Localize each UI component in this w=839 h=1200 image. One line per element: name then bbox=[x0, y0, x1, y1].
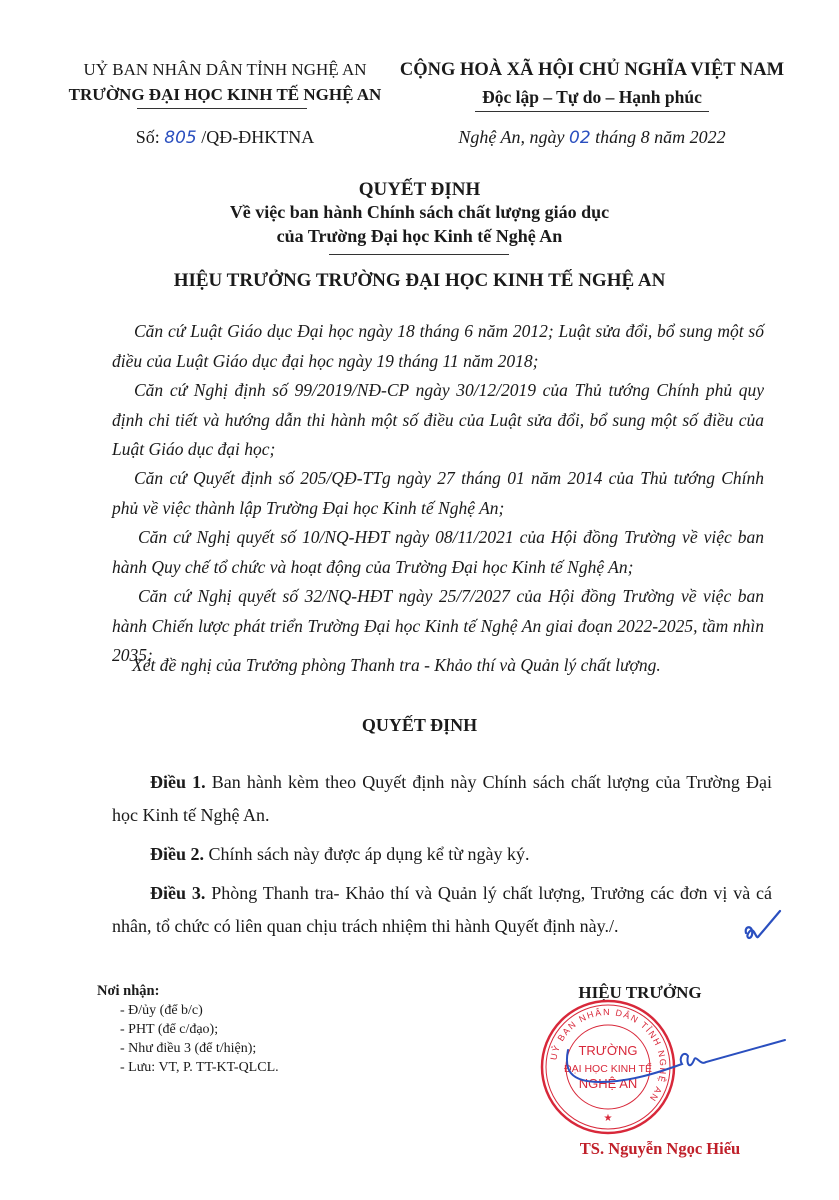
recipient-item: - Như điều 3 (để t/hiện); bbox=[120, 1041, 256, 1057]
signing-authority-heading: HIỆU TRƯỞNG TRƯỜNG ĐẠI HỌC KINH TẾ NGHỆ … bbox=[0, 270, 839, 292]
article-2-text: Chính sách này được áp dụng kể từ ngày k… bbox=[209, 844, 530, 864]
signer-name: TS. Nguyễn Ngọc Hiếu bbox=[540, 1139, 780, 1159]
legal-basis-2: Căn cứ Nghị định số 99/2019/NĐ-CP ngày 3… bbox=[112, 376, 764, 465]
article-1: Điều 1. Ban hành kèm theo Quyết định này… bbox=[112, 766, 772, 832]
doc-number-suffix: /QĐ-ĐHKTNA bbox=[201, 127, 314, 147]
recipients-title: Nơi nhận: bbox=[97, 983, 159, 1000]
document-date: Nghệ An, ngày 02 tháng 8 năm 2022 bbox=[392, 127, 792, 148]
national-motto: Độc lập – Tự do – Hạnh phúc bbox=[392, 87, 792, 108]
motto-underline bbox=[475, 111, 709, 112]
subject-underline bbox=[329, 254, 509, 255]
article-1-label: Điều 1. bbox=[150, 772, 206, 792]
article-3: Điều 3. Phòng Thanh tra- Khảo thí và Quả… bbox=[112, 877, 772, 943]
document-subject-line-1: Về việc ban hành Chính sách chất lượng g… bbox=[0, 202, 839, 223]
article-2: Điều 2. Chính sách này được áp dụng kể t… bbox=[112, 838, 772, 871]
doc-number-prefix: Số: bbox=[136, 127, 160, 147]
article-3-text: Phòng Thanh tra- Khảo thí và Quản lý chấ… bbox=[112, 883, 772, 936]
date-prefix: Nghệ An, ngày bbox=[458, 127, 564, 147]
authority-underline bbox=[137, 108, 307, 109]
date-day-handwritten: 02 bbox=[569, 128, 591, 148]
document-subject-line-2: của Trường Đại học Kinh tế Nghệ An bbox=[0, 226, 839, 247]
article-1-text: Ban hành kèm theo Quyết định này Chính s… bbox=[112, 772, 772, 825]
seal-star-icon: ★ bbox=[604, 1113, 613, 1124]
legal-basis-6: Xét đề nghị của Trưởng phòng Thanh tra -… bbox=[112, 651, 764, 681]
document-number: Số: 805 /QĐ-ĐHKTNA bbox=[60, 127, 390, 148]
recipient-item: - PHT (để c/đạo); bbox=[120, 1022, 218, 1038]
article-3-label: Điều 3. bbox=[150, 883, 205, 903]
article-2-label: Điều 2. bbox=[150, 844, 204, 864]
legal-basis-1: Căn cứ Luật Giáo dục Đại học ngày 18 thá… bbox=[112, 317, 764, 376]
legal-basis-4: Căn cứ Nghị quyết số 10/NQ-HĐT ngày 08/1… bbox=[112, 523, 764, 582]
legal-basis-3: Căn cứ Quyết định số 205/QĐ-TTg ngày 27 … bbox=[112, 464, 764, 523]
national-title: CỘNG HOÀ XÃ HỘI CHỦ NGHĨA VIỆT NAM bbox=[392, 60, 792, 81]
document-title: QUYẾT ĐỊNH bbox=[0, 179, 839, 201]
date-suffix: tháng 8 năm 2022 bbox=[595, 127, 726, 147]
doc-number-handwritten: 805 bbox=[164, 128, 196, 148]
recipient-item: - Đ/ủy (để b/c) bbox=[120, 1003, 203, 1019]
handwritten-signature-icon bbox=[560, 1020, 790, 1100]
issuing-authority-parent: UỶ BAN NHÂN DÂN TỈNH NGHỆ AN bbox=[60, 60, 390, 80]
recipient-item: - Lưu: VT, P. TT-KT-QLCL. bbox=[120, 1060, 279, 1076]
handwritten-initial-mark-icon bbox=[742, 905, 782, 945]
issuing-authority: TRƯỜNG ĐẠI HỌC KINH TẾ NGHỆ AN bbox=[60, 85, 390, 105]
decision-heading: QUYẾT ĐỊNH bbox=[0, 715, 839, 736]
